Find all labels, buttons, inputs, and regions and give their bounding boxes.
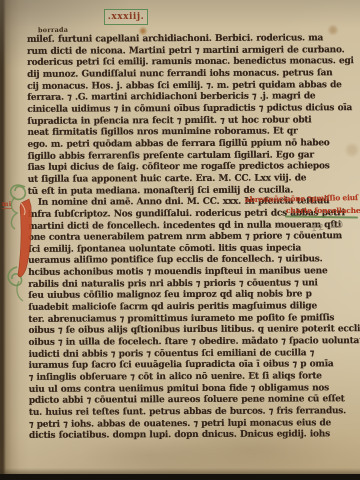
- background-edge: [0, 474, 360, 480]
- folio-number: .xxxiij.: [108, 12, 144, 22]
- decorated-initial: [3, 181, 35, 307]
- text-line: ego. m. petri quōdam abbas de ferrara ſi…: [27, 138, 347, 151]
- margin-note-borrada: borrada: [38, 26, 68, 35]
- text-block: mileſ. furtuni capellani archidiachoni. …: [27, 33, 349, 443]
- text-line: dictis ſociatibus. dompn lupi. dopn dnic…: [29, 429, 349, 442]
- folio-number-box: .xxxiij.: [104, 9, 148, 25]
- rubric-annotation-line2: charte foncellaches: [286, 206, 360, 215]
- initial-flourish-icon: [3, 181, 35, 307]
- manuscript-page: .xxxiij. borrada mileſ. furtuni capellan…: [0, 0, 360, 480]
- text-line: ut ſigilla ſua apponent huic carte. Era.…: [28, 173, 348, 186]
